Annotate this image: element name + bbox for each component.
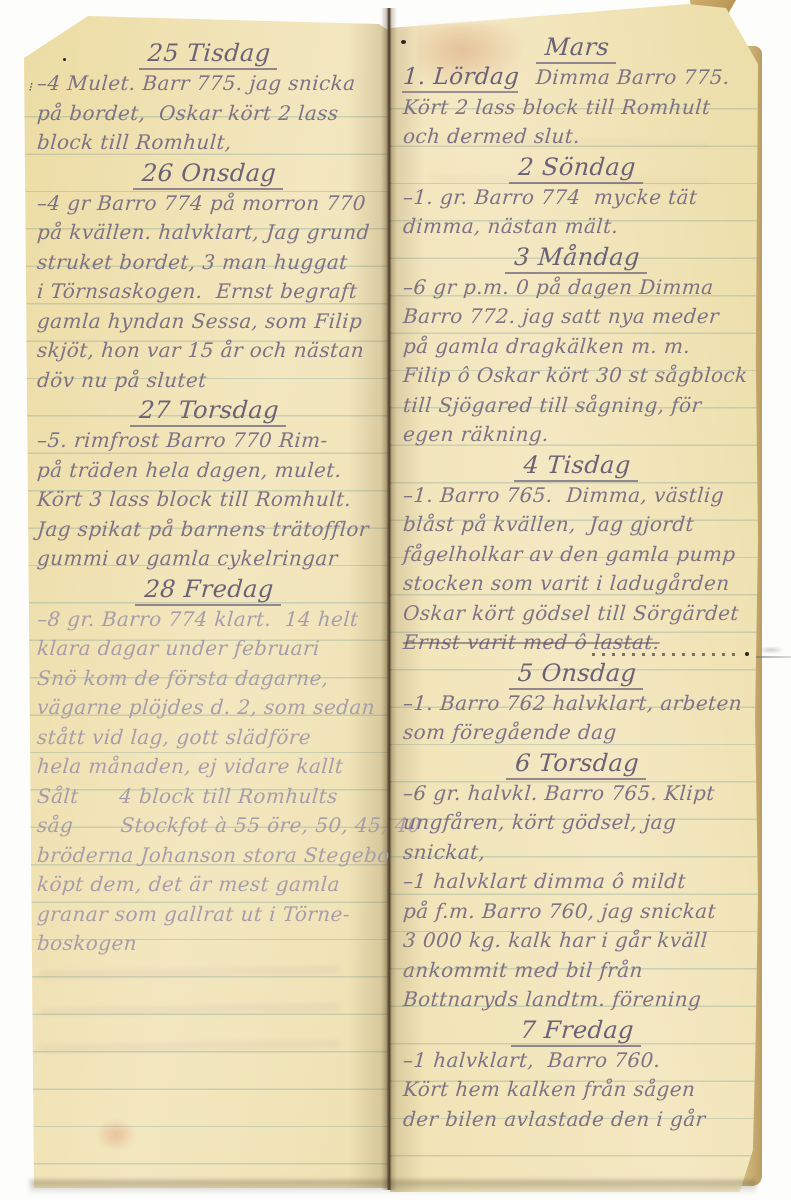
entry-heading-text: Mars <box>536 33 618 64</box>
entry-line: Kört hem kalken från sågen <box>402 1075 752 1105</box>
entry-heading: 27 Torsdag <box>36 395 382 426</box>
entry-line: Bottnaryds landtm. förening <box>402 985 752 1015</box>
entry-line: skjöt, hon var 15 år och nästan <box>36 336 382 366</box>
left-page-entries: 25 Tisdag–4 Mulet. Barr 775. jag snickap… <box>36 38 380 959</box>
entry-line: bröderna Johanson stora Stegebo <box>36 841 382 871</box>
entry-heading: 4 Tisdag <box>402 450 752 481</box>
entry-line: egen räkning. <box>402 420 752 450</box>
entry-line: –4 Mulet. Barr 775. jag snicka <box>36 69 382 99</box>
entry-line: gamla hyndan Sessa, som Filip <box>36 307 382 337</box>
entry-line: –5. rimfrost Barro 770 Rim- <box>36 426 382 456</box>
entry-line: granar som gallrat ut i Törne- <box>36 900 382 930</box>
entry-heading: 7 Fredag <box>402 1015 752 1046</box>
entry-heading-text: 25 Tisdag <box>139 39 280 70</box>
entry-line: dimma, nästan mält. <box>402 212 752 242</box>
entry-date-lead: 1. Lördag <box>402 64 520 93</box>
entry-heading: 26 Onsdag <box>36 158 382 189</box>
entry-line: på bordet, Oskar kört 2 lass <box>36 99 382 129</box>
ink-speck <box>401 40 406 44</box>
entry-line: hela månaden, ej vidare kallt <box>36 752 382 782</box>
entry-line: Kört 3 lass block till Romhult. <box>36 485 382 515</box>
book-bottom-shadow <box>30 1180 756 1194</box>
entry-line: ankommit med bil från <box>402 956 752 986</box>
entry-heading: 25 Tisdag <box>36 38 382 69</box>
entry-heading-text: 2 Söndag <box>509 153 645 184</box>
entry-line: –8 gr. Barro 774 klart. 14 helt <box>36 605 382 635</box>
entry-line: –1. Barro 762 halvklart, arbeten <box>402 689 752 719</box>
entry-line: ungfåren, kört gödsel, jag <box>402 808 752 838</box>
margin-pencil-mark: ⁝ <box>28 80 36 96</box>
entry-line: döv nu på slutet <box>36 366 382 396</box>
entry-line: Kört 2 lass block till Romhult <box>402 93 752 123</box>
entry-line: Snö kom de första dagarne, <box>36 664 382 694</box>
entry-heading-text: 6 Torsdag <box>506 749 648 780</box>
entry-heading: 28 Fredag <box>36 574 382 605</box>
entry-heading: 3 Måndag <box>402 242 752 273</box>
entry-heading: 5 Onsdag <box>402 658 752 689</box>
entry-line: boskogen <box>36 929 382 959</box>
entry-line: på kvällen. halvklart, Jag grund <box>36 218 382 248</box>
entry-heading-text: 4 Tisdag <box>514 451 639 482</box>
entry-line: till Sjögared till sågning, för <box>402 391 752 421</box>
entry-heading: Mars <box>402 32 752 63</box>
right-page-entries: Mars1. Lördag Dimma Barro 775.Kört 2 las… <box>402 32 750 1134</box>
entry-line: –6 gr p.m. 0 på dagen Dimma <box>402 273 752 303</box>
entry-line: struket bordet, 3 man huggat <box>36 248 382 278</box>
entry-line: Jag spikat på barnens trätofflor <box>36 515 382 545</box>
entry-heading-text: 27 Torsdag <box>130 396 288 427</box>
entry-line: –1 halvklart, Barro 760. <box>402 1046 752 1076</box>
entry-heading-text: 3 Måndag <box>505 243 649 274</box>
entry-line: som föregående dag <box>402 718 752 748</box>
margin-gray-line <box>756 656 791 658</box>
entry-line: –1 halvklart dimma ô mildt <box>402 867 752 897</box>
entry-line: Oskar kört gödsel till Sörgärdet <box>402 599 752 629</box>
entry-line: –1. Barro 765. Dimma, västlig <box>402 481 752 511</box>
entry-heading: 6 Torsdag <box>402 748 752 779</box>
entry-line: snickat, <box>402 838 752 868</box>
entry-line: och dermed slut. <box>402 122 752 152</box>
entry-heading-text: 26 Onsdag <box>133 159 285 190</box>
dotted-strike-line <box>592 653 742 656</box>
entry-line: –1. gr. Barro 774 mycke tät <box>402 183 752 213</box>
entry-line: stått vid lag, gott slädföre <box>36 723 382 753</box>
entry-line: på gamla dragkälken m. m. <box>402 332 752 362</box>
red-smudge-stain-bottom <box>96 1118 136 1152</box>
entry-heading-text: 7 Fredag <box>511 1016 643 1047</box>
entry-line: köpt dem, det är mest gamla <box>36 870 382 900</box>
margin-gray-smudge <box>758 646 784 654</box>
entry-line: Sålt 4 block till Romhults <box>36 782 382 812</box>
ink-speck <box>63 58 66 61</box>
entry-heading-text: 28 Fredag <box>135 575 282 606</box>
ink-bleedthrough-left <box>40 952 340 1072</box>
entry-line: klara dagar under februari <box>36 634 382 664</box>
entry-line: gummi av gamla cykelringar <box>36 544 382 574</box>
entry-line: 1. Lördag Dimma Barro 775. <box>402 63 752 93</box>
entry-heading-text: 5 Onsdag <box>509 659 646 690</box>
entry-line-text: Dimma Barro 775. <box>528 65 730 89</box>
entry-line: 3 000 kg. kalk har i går kväll <box>402 926 752 956</box>
entry-line: fågelholkar av den gamla pump <box>402 540 752 570</box>
entry-line: Barro 772. jag satt nya meder <box>402 302 752 332</box>
entry-line: der bilen avlastade den i går <box>402 1105 752 1135</box>
ink-speck <box>745 652 749 656</box>
entry-line: i Törnsaskogen. Ernst begraft <box>36 277 382 307</box>
diary-scan: 25 Tisdag–4 Mulet. Barr 775. jag snickap… <box>0 0 791 1200</box>
entry-line: stocken som varit i ladugården <box>402 569 752 599</box>
entry-line: såg Stockfot à 55 öre, 50, 45, 40 <box>36 811 382 841</box>
center-binding-fold <box>381 8 397 1190</box>
entry-line: –4 gr Barro 774 på morron 770 <box>36 189 382 219</box>
entry-line: vägarne plöjdes d. 2, som sedan <box>36 693 382 723</box>
entry-line: på träden hela dagen, mulet. <box>36 456 382 486</box>
entry-heading: 2 Söndag <box>402 152 752 183</box>
entry-line: blåst på kvällen, Jag gjordt <box>402 510 752 540</box>
entry-line: på f.m. Barro 760, jag snickat <box>402 897 752 927</box>
entry-line: –6 gr. halvkl. Barro 765. Klipt <box>402 779 752 809</box>
entry-line: Filip ô Oskar kört 30 st sågblock <box>402 361 752 391</box>
entry-line: block till Romhult, <box>36 128 382 158</box>
